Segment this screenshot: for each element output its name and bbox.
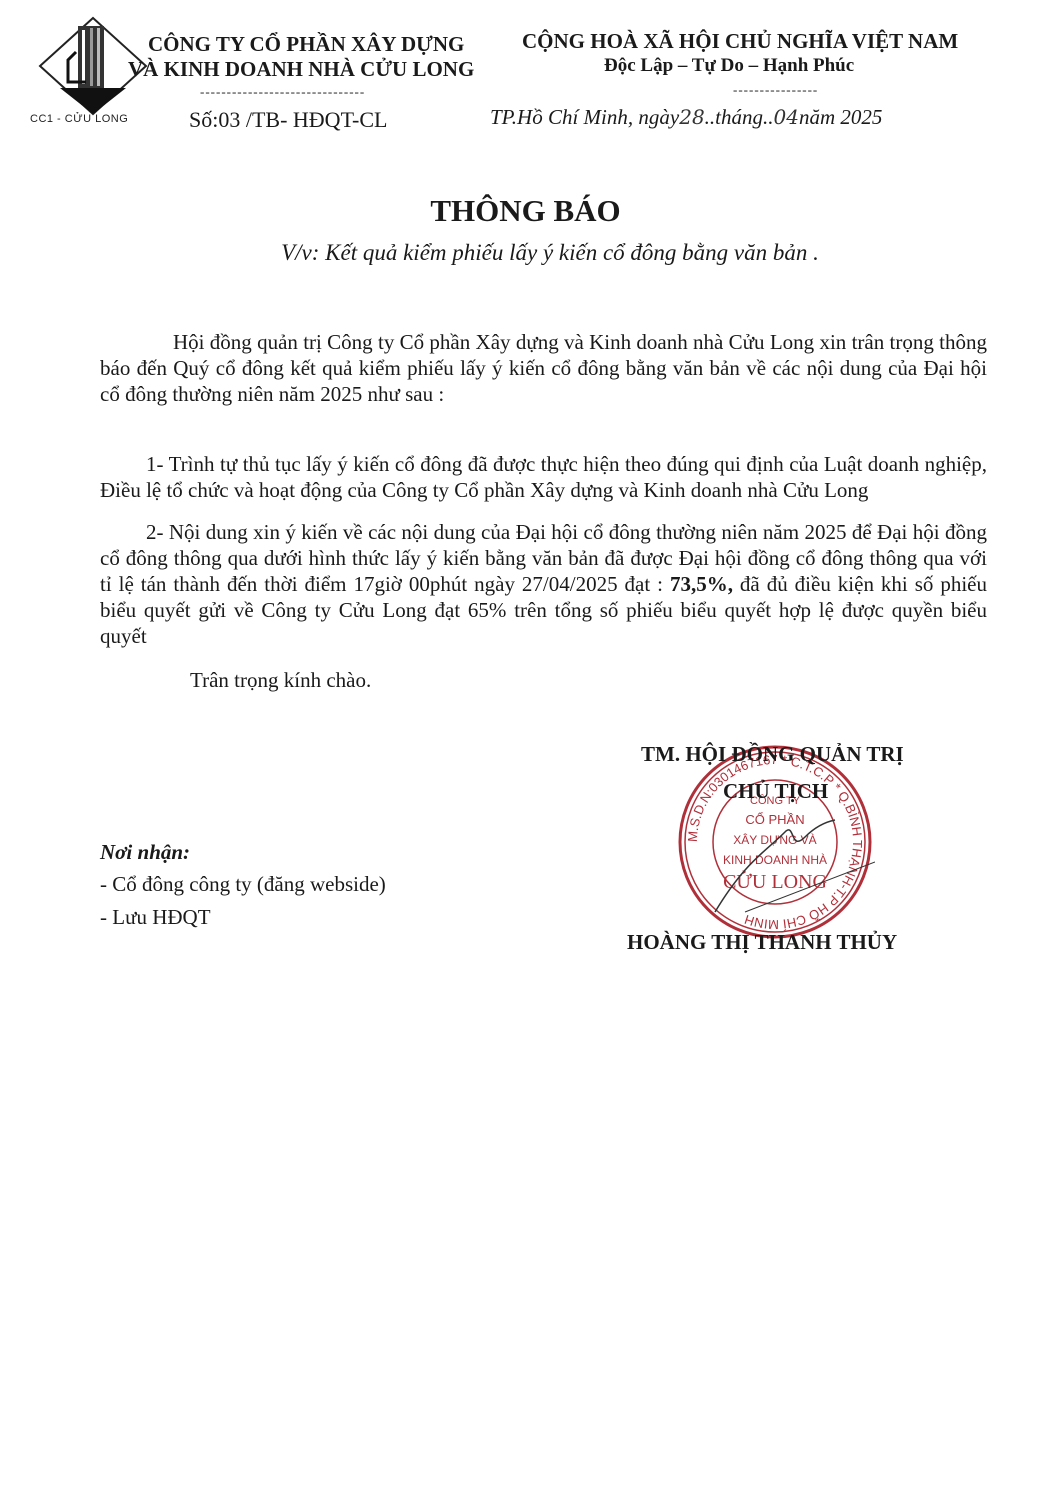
doc-number-value: 03 (218, 107, 240, 132)
item-1-paragraph: 1- Trình tự thủ tục lấy ý kiến cổ đông đ… (100, 451, 987, 503)
signatory-name: HOÀNG THỊ THANH THỦY (627, 930, 897, 955)
company-name-line1: CÔNG TY CỔ PHẦN XÂY DỰNG (148, 32, 464, 57)
doc-number-suffix: /TB- HĐQT-CL (240, 107, 387, 132)
national-divider: ---------------- (733, 82, 818, 98)
doc-number-prefix: Số: (189, 107, 218, 132)
national-motto: Độc Lập – Tự Do – Hạnh Phúc (604, 55, 854, 77)
recipient-item: - Lưu HĐQT (100, 905, 211, 930)
approval-rate: 73,5%, (670, 572, 733, 596)
svg-text:KINH DOANH NHÀ: KINH DOANH NHÀ (723, 852, 827, 867)
date-month: 04 (774, 105, 799, 129)
document-title: THÔNG BÁO (0, 193, 1051, 229)
intro-paragraph: Hội đồng quản trị Công ty Cổ phần Xây dự… (100, 329, 987, 407)
item-2-paragraph: 2- Nội dung xin ý kiến về các nội dung c… (100, 519, 987, 649)
recipients-heading: Nơi nhận: (100, 840, 190, 865)
date-year: năm 2025 (799, 105, 882, 129)
closing-line: Trân trọng kính chào. (190, 667, 590, 693)
document-number: Số:03 /TB- HĐQT-CL (189, 107, 387, 133)
svg-text:CỔ PHẦN: CỔ PHẦN (745, 812, 804, 827)
recipient-item: - Cổ đông công ty (đăng webside) (100, 872, 386, 897)
document-subject: V/v: Kết quả kiểm phiếu lấy ý kiến cổ đô… (0, 240, 1051, 266)
company-stamp: M.S.D.N:0301467167 * C.T.C.P * Q.BÌNH TH… (675, 742, 875, 942)
date-month-label: ..tháng.. (705, 105, 774, 129)
signature-role: TM. HỘI ĐỒNG QUẢN TRỊ (641, 742, 904, 767)
svg-text:CỬU LONG: CỬU LONG (723, 870, 827, 893)
issue-date: TP.Hồ Chí Minh, ngày28..tháng..04năm 202… (490, 105, 882, 130)
svg-text:XÂY DỰNG VÀ: XÂY DỰNG VÀ (733, 832, 816, 847)
company-name-line2: VÀ KINH DOANH NHÀ CỬU LONG (128, 57, 474, 82)
company-divider: ------------------------------- (200, 84, 365, 100)
signature-title: CHỦ TỊCH (723, 779, 828, 804)
national-title: CỘNG HOÀ XÃ HỘI CHỦ NGHĨA VIỆT NAM (522, 29, 958, 54)
logo-caption: CC1 - CỬU LONG (30, 113, 128, 125)
date-prefix: TP.Hồ Chí Minh, ngày (490, 105, 679, 129)
date-day: 28 (679, 105, 704, 129)
